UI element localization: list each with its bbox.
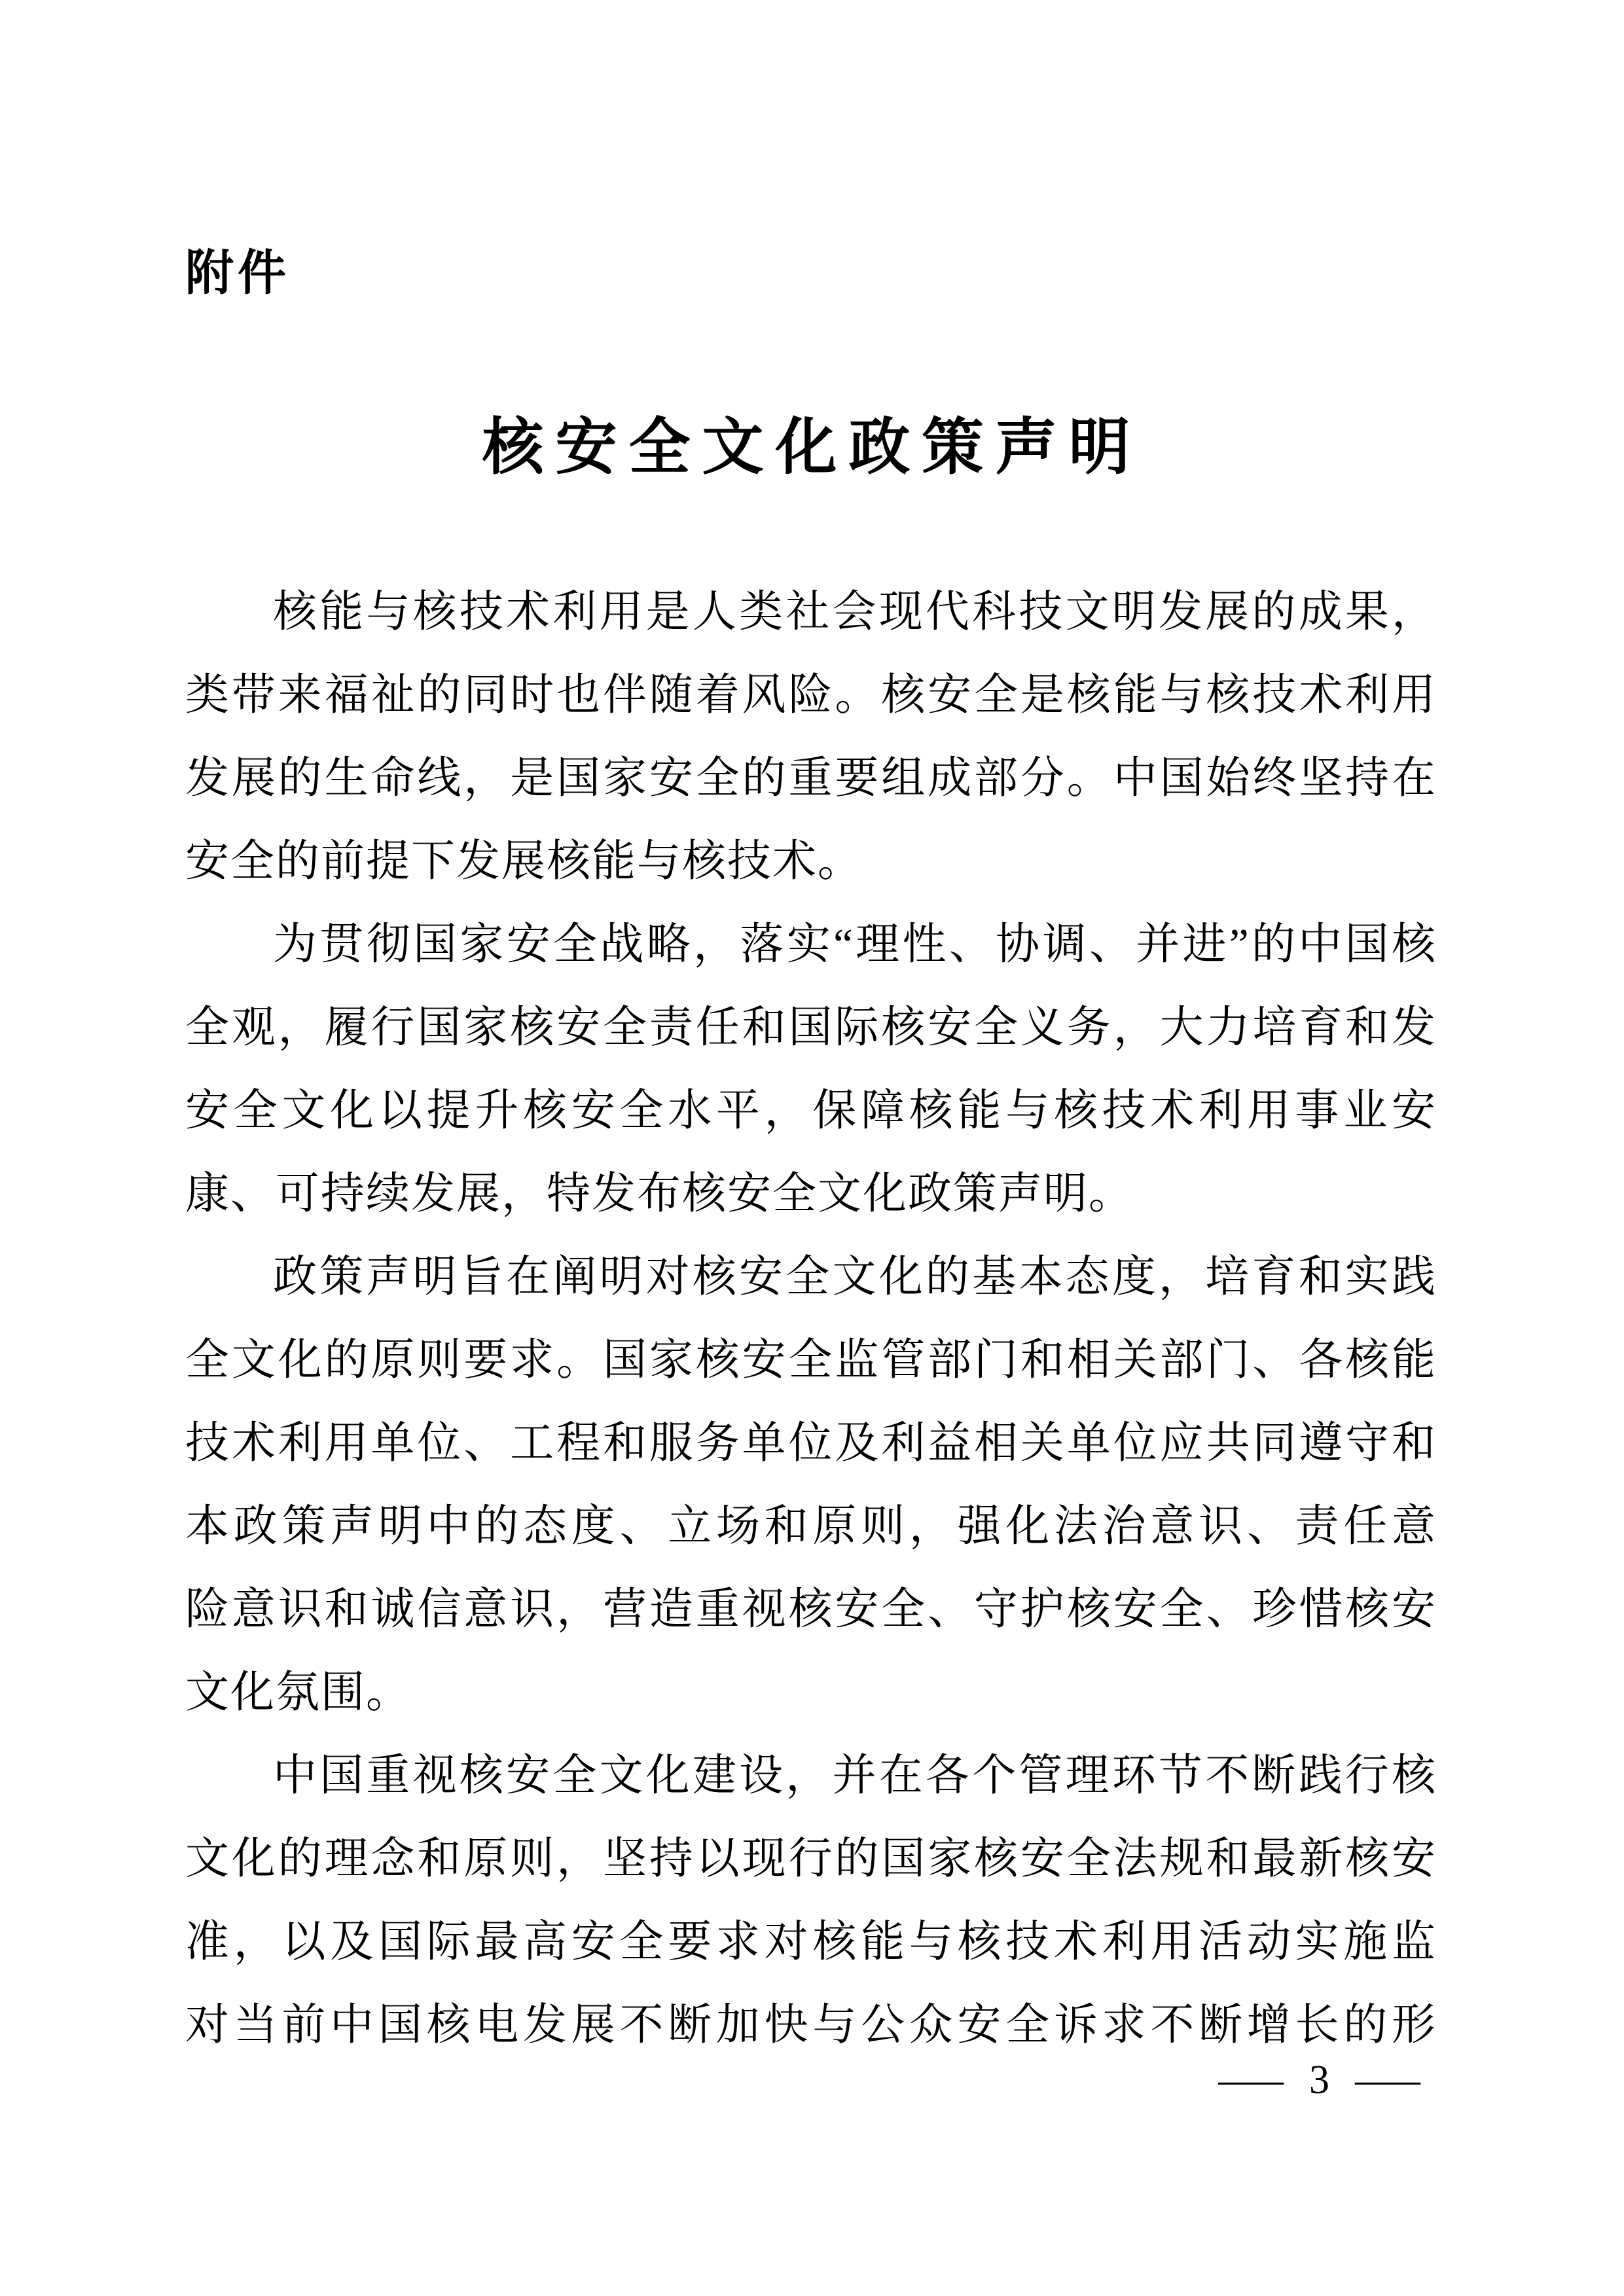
body-line: 全文化的原则要求。国家核安全监管部门和相关部门、各核能与核 [185,1319,1437,1402]
document-title: 核安全文化政策声明 [0,411,1624,483]
footer-dash-right: — [1355,2054,1420,2106]
body-line: 核能与核技术利用是人类社会现代科技文明发展的成果，给人 [185,571,1437,654]
page-number: 3 [1309,2054,1329,2106]
body-line: 政策声明旨在阐明对核安全文化的基本态度，培育和实践核安 [185,1236,1437,1319]
page-footer: — 3 — [1231,2054,1408,2106]
body-line: 康、可持续发展，特发布核安全文化政策声明。 [185,1153,1437,1236]
document-body: 核能与核技术利用是人类社会现代科技文明发展的成果，给人类带来福祉的同时也伴随着风… [185,571,1437,2067]
document-page: 附件 核安全文化政策声明 核能与核技术利用是人类社会现代科技文明发展的成果，给人… [0,0,1624,2296]
body-line: 类带来福祉的同时也伴随着风险。核安全是核能与核技术利用事业 [185,654,1437,737]
body-line: 中国重视核安全文化建设，并在各个管理环节不断践行核安全 [185,1734,1437,1818]
body-line: 技术利用单位、工程和服务单位及利益相关单位应共同遵守和践行 [185,1402,1437,1485]
body-line: 安全的前提下发展核能与核技术。 [185,820,1437,903]
attachment-label: 附件 [185,243,290,302]
body-line: 文化的理念和原则，坚持以现行的国家核安全法规和最新核安全标 [185,1818,1437,1901]
body-line: 准，以及国际最高安全要求对核能与核技术利用活动实施监管。面 [185,1901,1437,1984]
body-line: 为贯彻国家安全战略，落实“理性、协调、并进”的中国核安 [185,903,1437,986]
body-line: 险意识和诚信意识，营造重视核安全、守护核安全、珍惜核安全的 [185,1568,1437,1651]
footer-dash-left: — [1218,2054,1283,2106]
body-line: 文化氛围。 [185,1651,1437,1734]
body-line: 本政策声明中的态度、立场和原则，强化法治意识、责任意识、风 [185,1485,1437,1568]
body-line: 全观，履行国家核安全责任和国际核安全义务，大力培育和发展核 [185,986,1437,1069]
body-line: 发展的生命线，是国家安全的重要组成部分。中国始终坚持在确保 [185,737,1437,820]
body-line: 安全文化以提升核安全水平，保障核能与核技术利用事业安全、健 [185,1069,1437,1153]
